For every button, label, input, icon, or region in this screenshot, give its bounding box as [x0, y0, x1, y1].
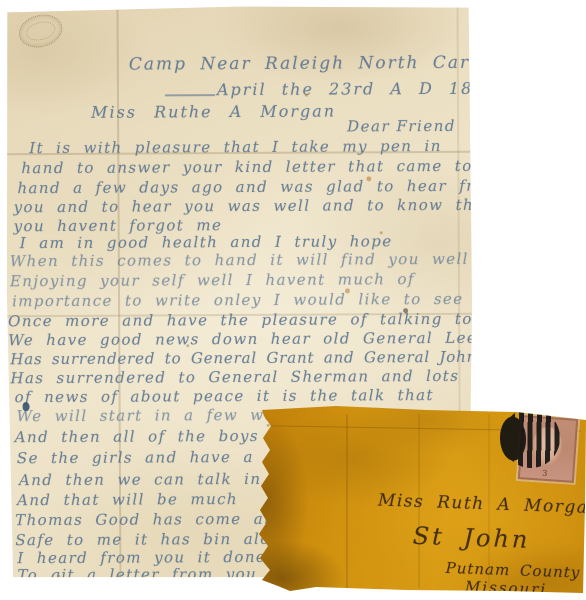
letter-line: Has surrendered to General Sherman and l… — [10, 367, 459, 387]
address-line-state: Missouri — [465, 578, 548, 599]
letter-line: hand a few days ago and was glad to hear… — [17, 177, 500, 198]
ink-blot — [23, 402, 30, 411]
letter-line: Once more and have the pleasure of talki… — [8, 310, 516, 331]
letter-line: Enjoying your self well I havent much of — [10, 270, 415, 290]
letter-heading-addressee: Miss Ruthe A Morgan — [91, 101, 336, 121]
letter-line: I am in good health and I truly hope — [20, 232, 393, 252]
letter-line: It is with pleasure that I take my pen i… — [29, 137, 442, 157]
letter-line: And that will be much — [17, 490, 238, 509]
letter-line: Has surrendered to General Grant and Gen… — [10, 348, 506, 369]
embossed-seal-icon — [15, 10, 66, 52]
letter-line: you and to hear you was well and to know… — [14, 196, 492, 217]
embossed-seal-inner-ring — [24, 19, 58, 44]
letter-line: And then all of the boys — [15, 427, 259, 446]
letter-line: We have good news down hear old General … — [8, 329, 477, 349]
address-line-recipient: Miss Ruth A Morgan — [378, 491, 586, 519]
letter-line: And then we can talk in — [19, 470, 261, 489]
letter-line: We will start in a few wee — [17, 406, 286, 425]
letter-line: importance to write onley I would like t… — [12, 290, 507, 311]
letter-line: hand to answer your kind letter that cam… — [21, 157, 472, 177]
letter-salutation: Dear Friend — [347, 117, 456, 136]
envelope: 3 Miss Ruth A Morgan St John Putnam Coun… — [256, 404, 586, 598]
foxing-spots — [305, 94, 308, 97]
letter-line: Se the girls and have a goo — [17, 448, 298, 467]
address-line-city: St John — [412, 522, 531, 554]
letter-line: To git a letter from you — [17, 565, 257, 584]
letter-line: Safe to me it has bin along — [15, 530, 293, 549]
letter-heading-date: April the 23rd A D 1865 — [217, 79, 498, 99]
letter-line: When this comes to hand it will find you… — [10, 250, 514, 271]
letter-heading-location: Camp Near Raleigh North Carolina — [129, 53, 523, 75]
letter-line: Thomas Good has come and — [15, 510, 286, 529]
heading-dash-stroke — [165, 94, 215, 96]
envelope-address: Miss Ruth A Morgan St John Putnam County… — [253, 398, 586, 600]
photo-canvas: Camp Near Raleigh North Carolina April t… — [0, 0, 586, 600]
letter-line: of news of about peace it is the talk th… — [14, 386, 433, 406]
